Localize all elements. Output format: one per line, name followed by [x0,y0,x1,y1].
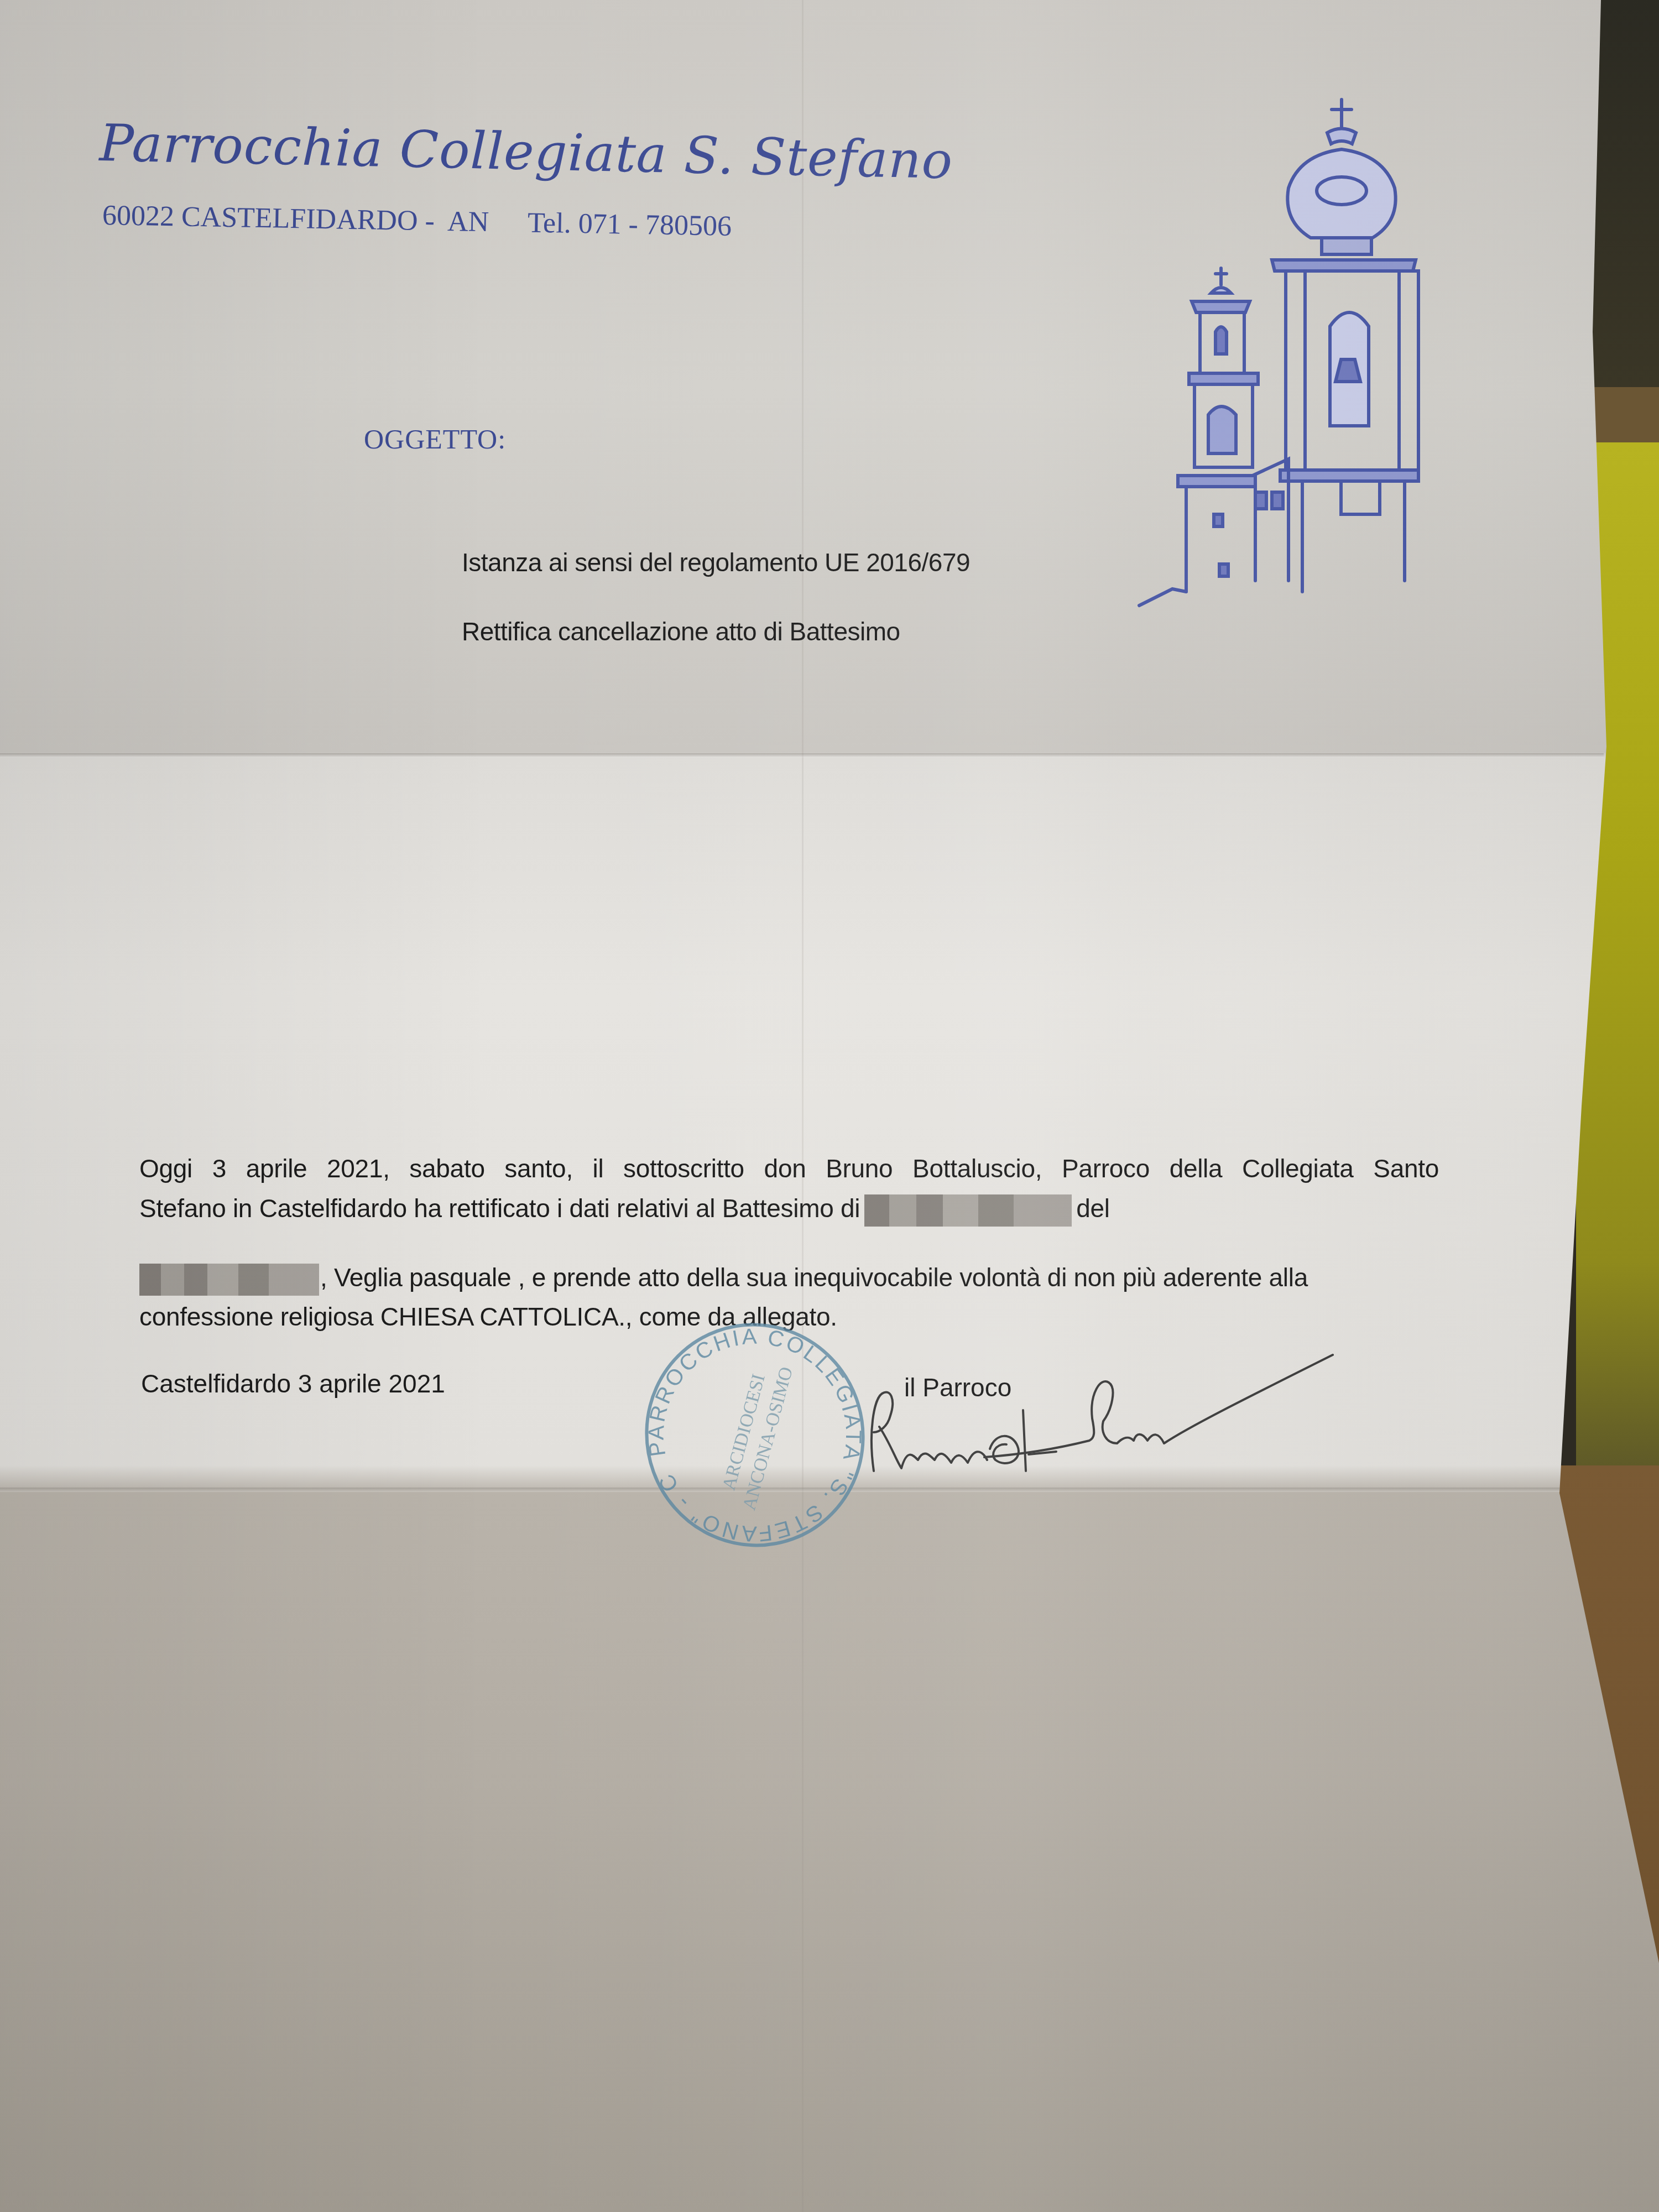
body-line-2: Stefano in Castelfidardo ha rettificato … [139,1194,1439,1227]
vertical-crease [802,0,804,2212]
subject-line-1: Istanza ai sensi del regolamento UE 2016… [462,547,970,577]
body-line-3: , Veglia pasquale , e prende atto della … [139,1264,1439,1296]
body-line-1: Oggi 3 aprile 2021, sabato santo, il sot… [139,1156,1439,1181]
background-dark-surface [1593,0,1659,387]
letter-sheet: Parrocchia Collegiata S. Stefano 60022 C… [0,0,1659,2212]
subject-line-2: Rettifica cancellazione atto di Battesim… [462,617,900,646]
fold-line-top [0,753,1604,758]
letterhead-parish-name: Parrocchia Collegiata S. Stefano [99,113,953,190]
redacted-name-block [864,1194,1072,1227]
parish-stamp-icon: PARROCCHIA COLLEGIATA "S. STEFANO" - CAS… [636,1316,874,1554]
letterhead-telephone: Tel. 071 - 780506 [528,207,732,242]
subject-label: OGGETTO: [364,423,506,455]
redacted-date-block [139,1264,319,1296]
body-line-2-text: Stefano in Castelfidardo ha rettificato … [139,1194,860,1223]
letterhead-contact: 60022 CASTELFIDARDO - ANTel. 071 - 78050… [102,199,732,243]
body-line-3-text: , Veglia pasquale , e prende atto della … [320,1263,1308,1292]
place-and-date: Castelfidardo 3 aprile 2021 [141,1369,445,1399]
church-bell-towers-illustration-icon [1123,94,1432,608]
letterhead-address: 60022 CASTELFIDARDO - AN [102,200,489,238]
background-wood-edge [1593,387,1659,448]
handwritten-signature-icon [857,1349,1355,1477]
body-line-2-del: del [1076,1194,1110,1223]
svg-text:PARROCCHIA COLLEGIATA "S. STEF: PARROCCHIA COLLEGIATA "S. STEFANO" - CAS… [636,1316,874,1554]
